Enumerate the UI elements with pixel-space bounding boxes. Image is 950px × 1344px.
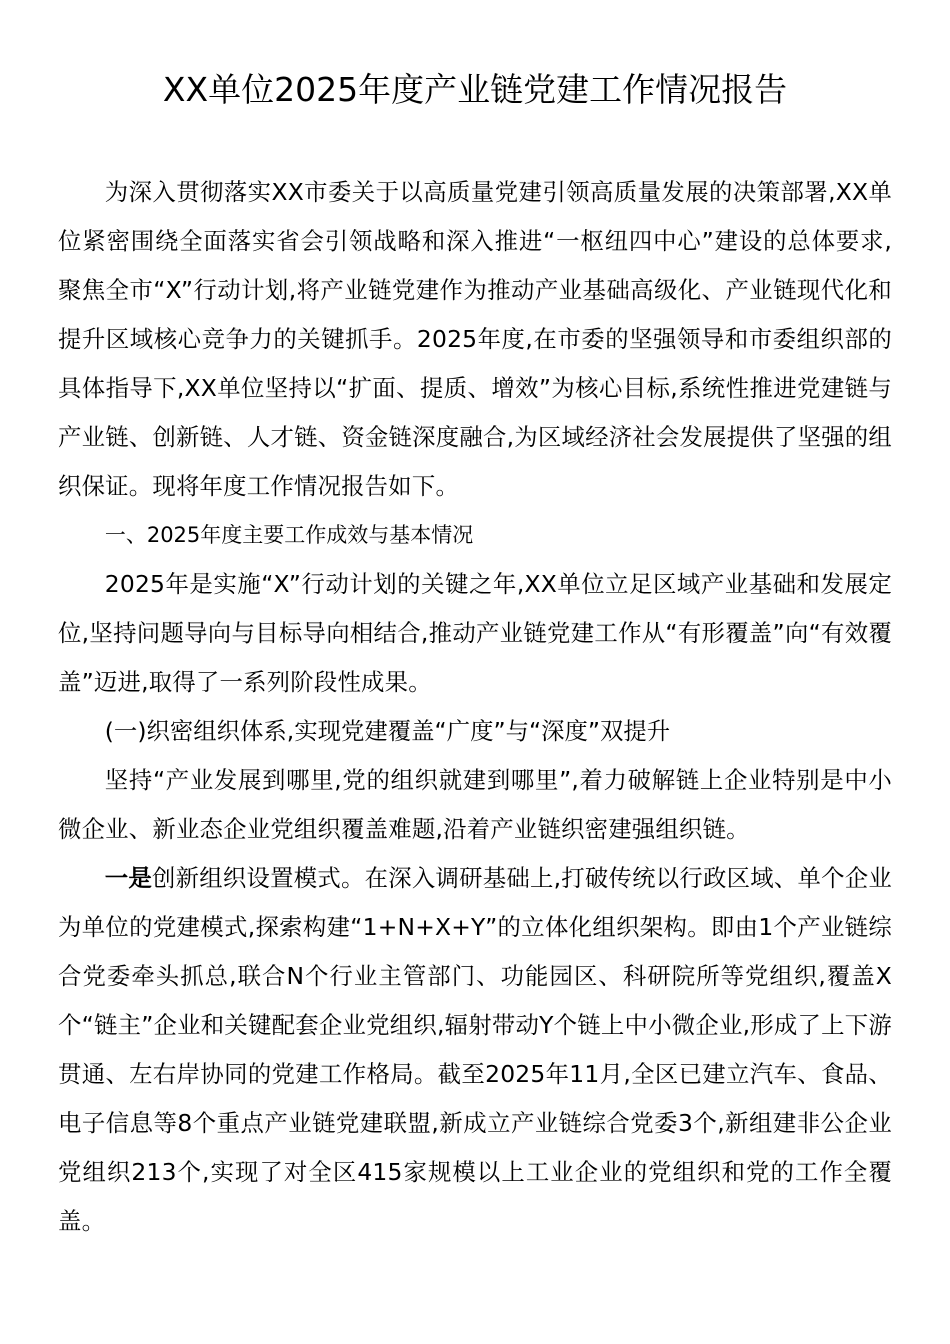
document-title: XX单位2025年度产业链党建工作情况报告: [58, 68, 892, 112]
subsection-paragraph: 坚持“产业发展到哪里,党的组织就建到哪里”,着力破解链上企业特别是中小微企业、新…: [58, 756, 892, 854]
section-heading: 一、2025年度主要工作成效与基本情况: [58, 511, 892, 560]
document-body: 为深入贯彻落实XX市委关于以高质量党建引领高质量发展的决策部署,XX单位紧密围绕…: [58, 168, 892, 1246]
point-lead: 一是: [105, 864, 152, 892]
intro-paragraph: 为深入贯彻落实XX市委关于以高质量党建引领高质量发展的决策部署,XX单位紧密围绕…: [58, 168, 892, 511]
subsection-heading: (一)织密组织体系,实现党建覆盖“广度”与“深度”双提升: [58, 707, 892, 756]
section-paragraph: 2025年是实施“X”行动计划的关键之年,XX单位立足区域产业基础和发展定位,坚…: [58, 560, 892, 707]
point-text: 创新组织设置模式。在深入调研基础上,打破传统以行政区域、单个企业为单位的党建模式…: [58, 864, 892, 1235]
point-paragraph: 一是创新组织设置模式。在深入调研基础上,打破传统以行政区域、单个企业为单位的党建…: [58, 854, 892, 1246]
